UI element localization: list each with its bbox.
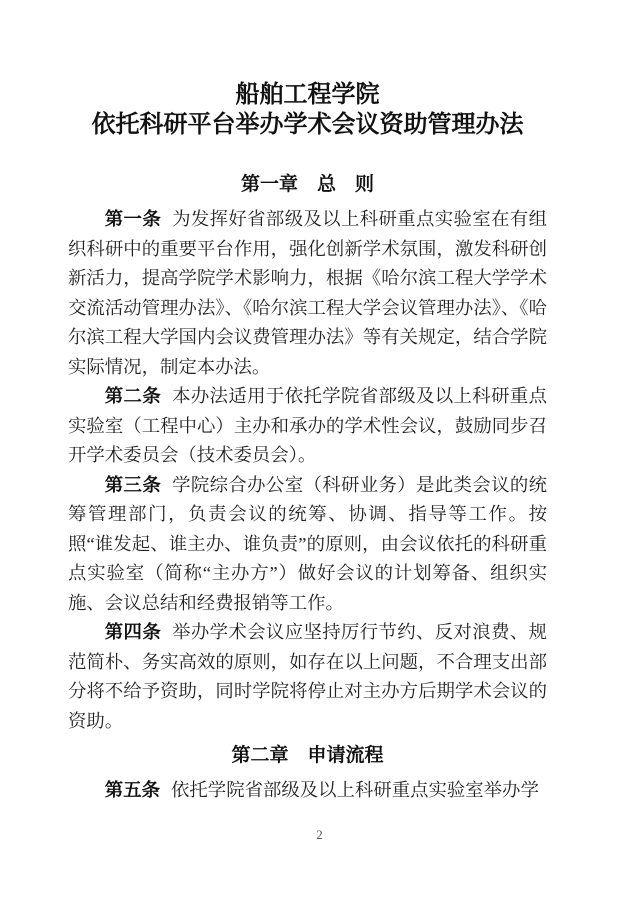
document-title: 船舶工程学院 依托科研平台举办学术会议资助管理办法 <box>68 80 547 140</box>
article-3-text: 学院综合办公室（科研业务）是此类会议的统筹管理部门，负责会议的统筹、协调、指导等… <box>68 475 547 613</box>
article-4-label: 第四条 <box>105 622 161 642</box>
document-title-line2: 依托科研平台举办学术会议资助管理办法 <box>68 110 547 140</box>
article-5-label: 第五条 <box>105 780 160 800</box>
article-5-text: 依托学院省部级及以上科研重点实验室举办学 <box>171 780 539 800</box>
document-page: 船舶工程学院 依托科研平台举办学术会议资助管理办法 第一章 总 则 第一条为发挥… <box>0 0 639 905</box>
article-5: 第五条依托学院省部级及以上科研重点实验室举办学 <box>68 776 547 806</box>
article-2: 第二条本办法适用于依托学院省部级及以上科研重点实验室（工程中心）主办和承办的学术… <box>68 382 547 471</box>
article-2-label: 第二条 <box>105 386 161 406</box>
article-4: 第四条举办学术会议应坚持厉行节约、反对浪费、规范简朴、务实高效的原则，如存在以上… <box>68 618 547 736</box>
article-1-label: 第一条 <box>105 209 161 229</box>
article-3-label: 第三条 <box>105 475 161 495</box>
page-number: 2 <box>0 828 639 841</box>
chapter-1-heading: 第一章 总 则 <box>68 173 547 197</box>
document-title-line1: 船舶工程学院 <box>68 80 547 110</box>
article-1-text: 为发挥好省部级及以上科研重点实验室在有组织科研中的重要平台作用，强化创新学术氛围… <box>68 209 547 377</box>
chapter-2-heading: 第二章 申请流程 <box>68 744 547 768</box>
article-3: 第三条学院综合办公室（科研业务）是此类会议的统筹管理部门，负责会议的统筹、协调、… <box>68 471 547 619</box>
article-1: 第一条为发挥好省部级及以上科研重点实验室在有组织科研中的重要平台作用，强化创新学… <box>68 205 547 382</box>
